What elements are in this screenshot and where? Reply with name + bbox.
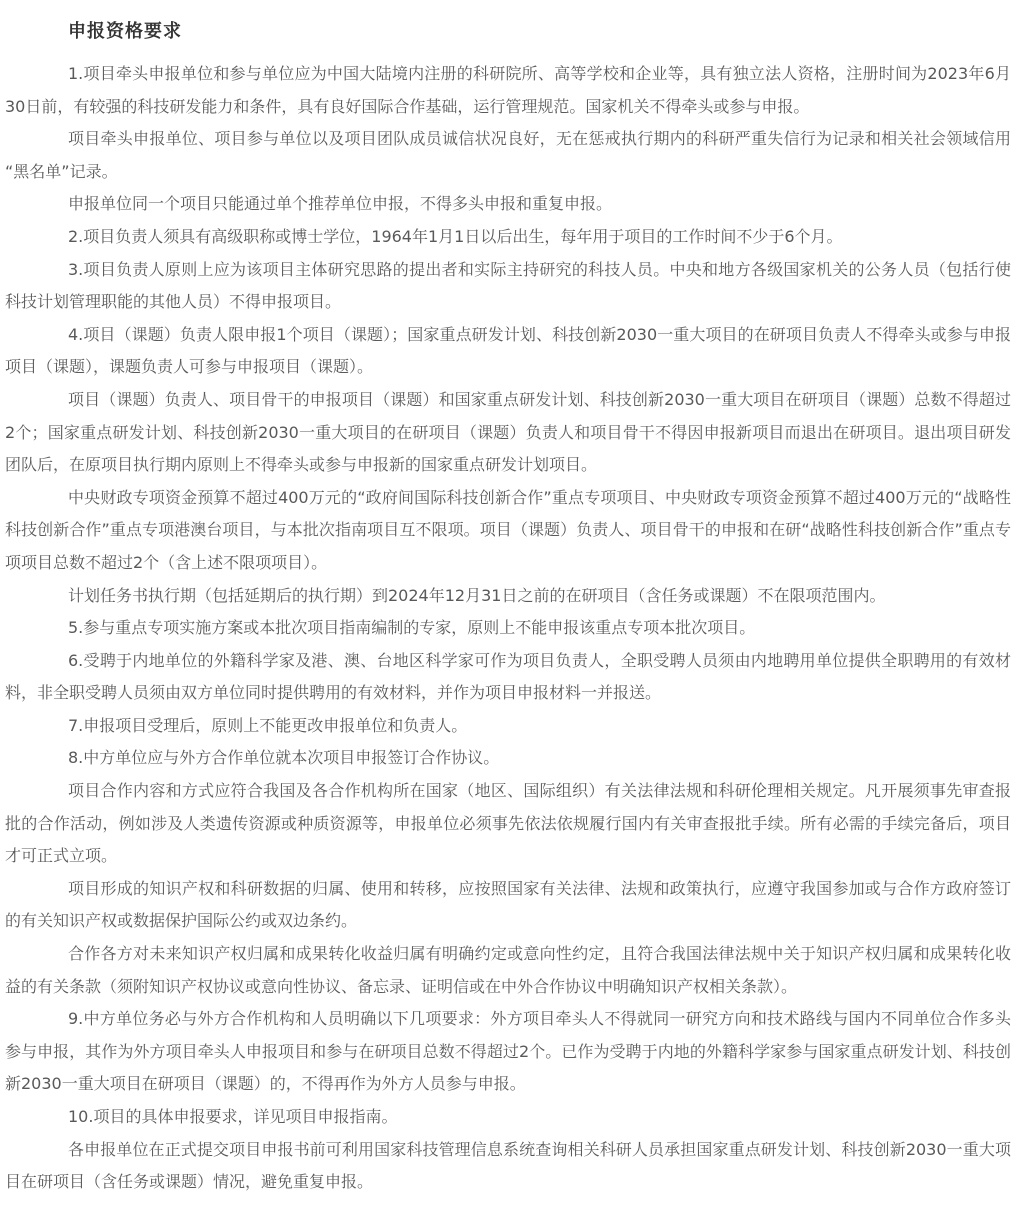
paragraph-03: 申报单位同一个项目只能通过单个推荐单位申报，不得多头申报和重复申报。 [5,188,1011,221]
paragraph-18: 10.项目的具体申报要求，详见项目申报指南。 [5,1101,1011,1134]
paragraph-10: 5.参与重点专项实施方案或本批次项目指南编制的专家，原则上不能申报该重点专项本批… [5,612,1011,645]
paragraph-16: 合作各方对未来知识产权归属和成果转化收益归属有明确约定或意向性约定，且符合我国法… [5,938,1011,1003]
paragraph-08: 中央财政专项资金预算不超过400万元的“政府间国际科技创新合作”重点专项项目、中… [5,482,1011,580]
paragraph-15: 项目形成的知识产权和科研数据的归属、使用和转移，应按照国家有关法律、法规和政策执… [5,873,1011,938]
paragraph-05: 3.项目负责人原则上应为该项目主体研究思路的提出者和实际主持研究的科技人员。中央… [5,254,1011,319]
paragraph-04: 2.项目负责人须具有高级职称或博士学位，1964年1月1日以后出生，每年用于项目… [5,221,1011,254]
paragraph-11: 6.受聘于内地单位的外籍科学家及港、澳、台地区科学家可作为项目负责人，全职受聘人… [5,645,1011,710]
paragraph-02: 项目牵头申报单位、项目参与单位以及项目团队成员诚信状况良好，无在惩戒执行期内的科… [5,123,1011,188]
paragraph-07: 项目（课题）负责人、项目骨干的申报项目（课题）和国家重点研发计划、科技创新203… [5,384,1011,482]
paragraph-12: 7.申报项目受理后，原则上不能更改申报单位和负责人。 [5,710,1011,743]
document-body: 申报资格要求 1.项目牵头申报单位和参与单位应为中国大陆境内注册的科研院所、高等… [0,0,1029,1223]
paragraph-19: 各申报单位在正式提交项目申报书前可利用国家科技管理信息系统查询相关科研人员承担国… [5,1134,1011,1199]
paragraph-13: 8.中方单位应与外方合作单位就本次项目申报签订合作协议。 [5,742,1011,775]
paragraph-17: 9.中方单位务必与外方合作机构和人员明确以下几项要求：外方项目牵头人不得就同一研… [5,1003,1011,1101]
page-title: 申报资格要求 [68,20,1011,44]
paragraph-01: 1.项目牵头申报单位和参与单位应为中国大陆境内注册的科研院所、高等学校和企业等，… [5,58,1011,123]
paragraph-14: 项目合作内容和方式应符合我国及各合作机构所在国家（地区、国际组织）有关法律法规和… [5,775,1011,873]
paragraph-09: 计划任务书执行期（包括延期后的执行期）到2024年12月31日之前的在研项目（含… [5,580,1011,613]
paragraph-06: 4.项目（课题）负责人限申报1个项目（课题）；国家重点研发计划、科技创新2030… [5,319,1011,384]
